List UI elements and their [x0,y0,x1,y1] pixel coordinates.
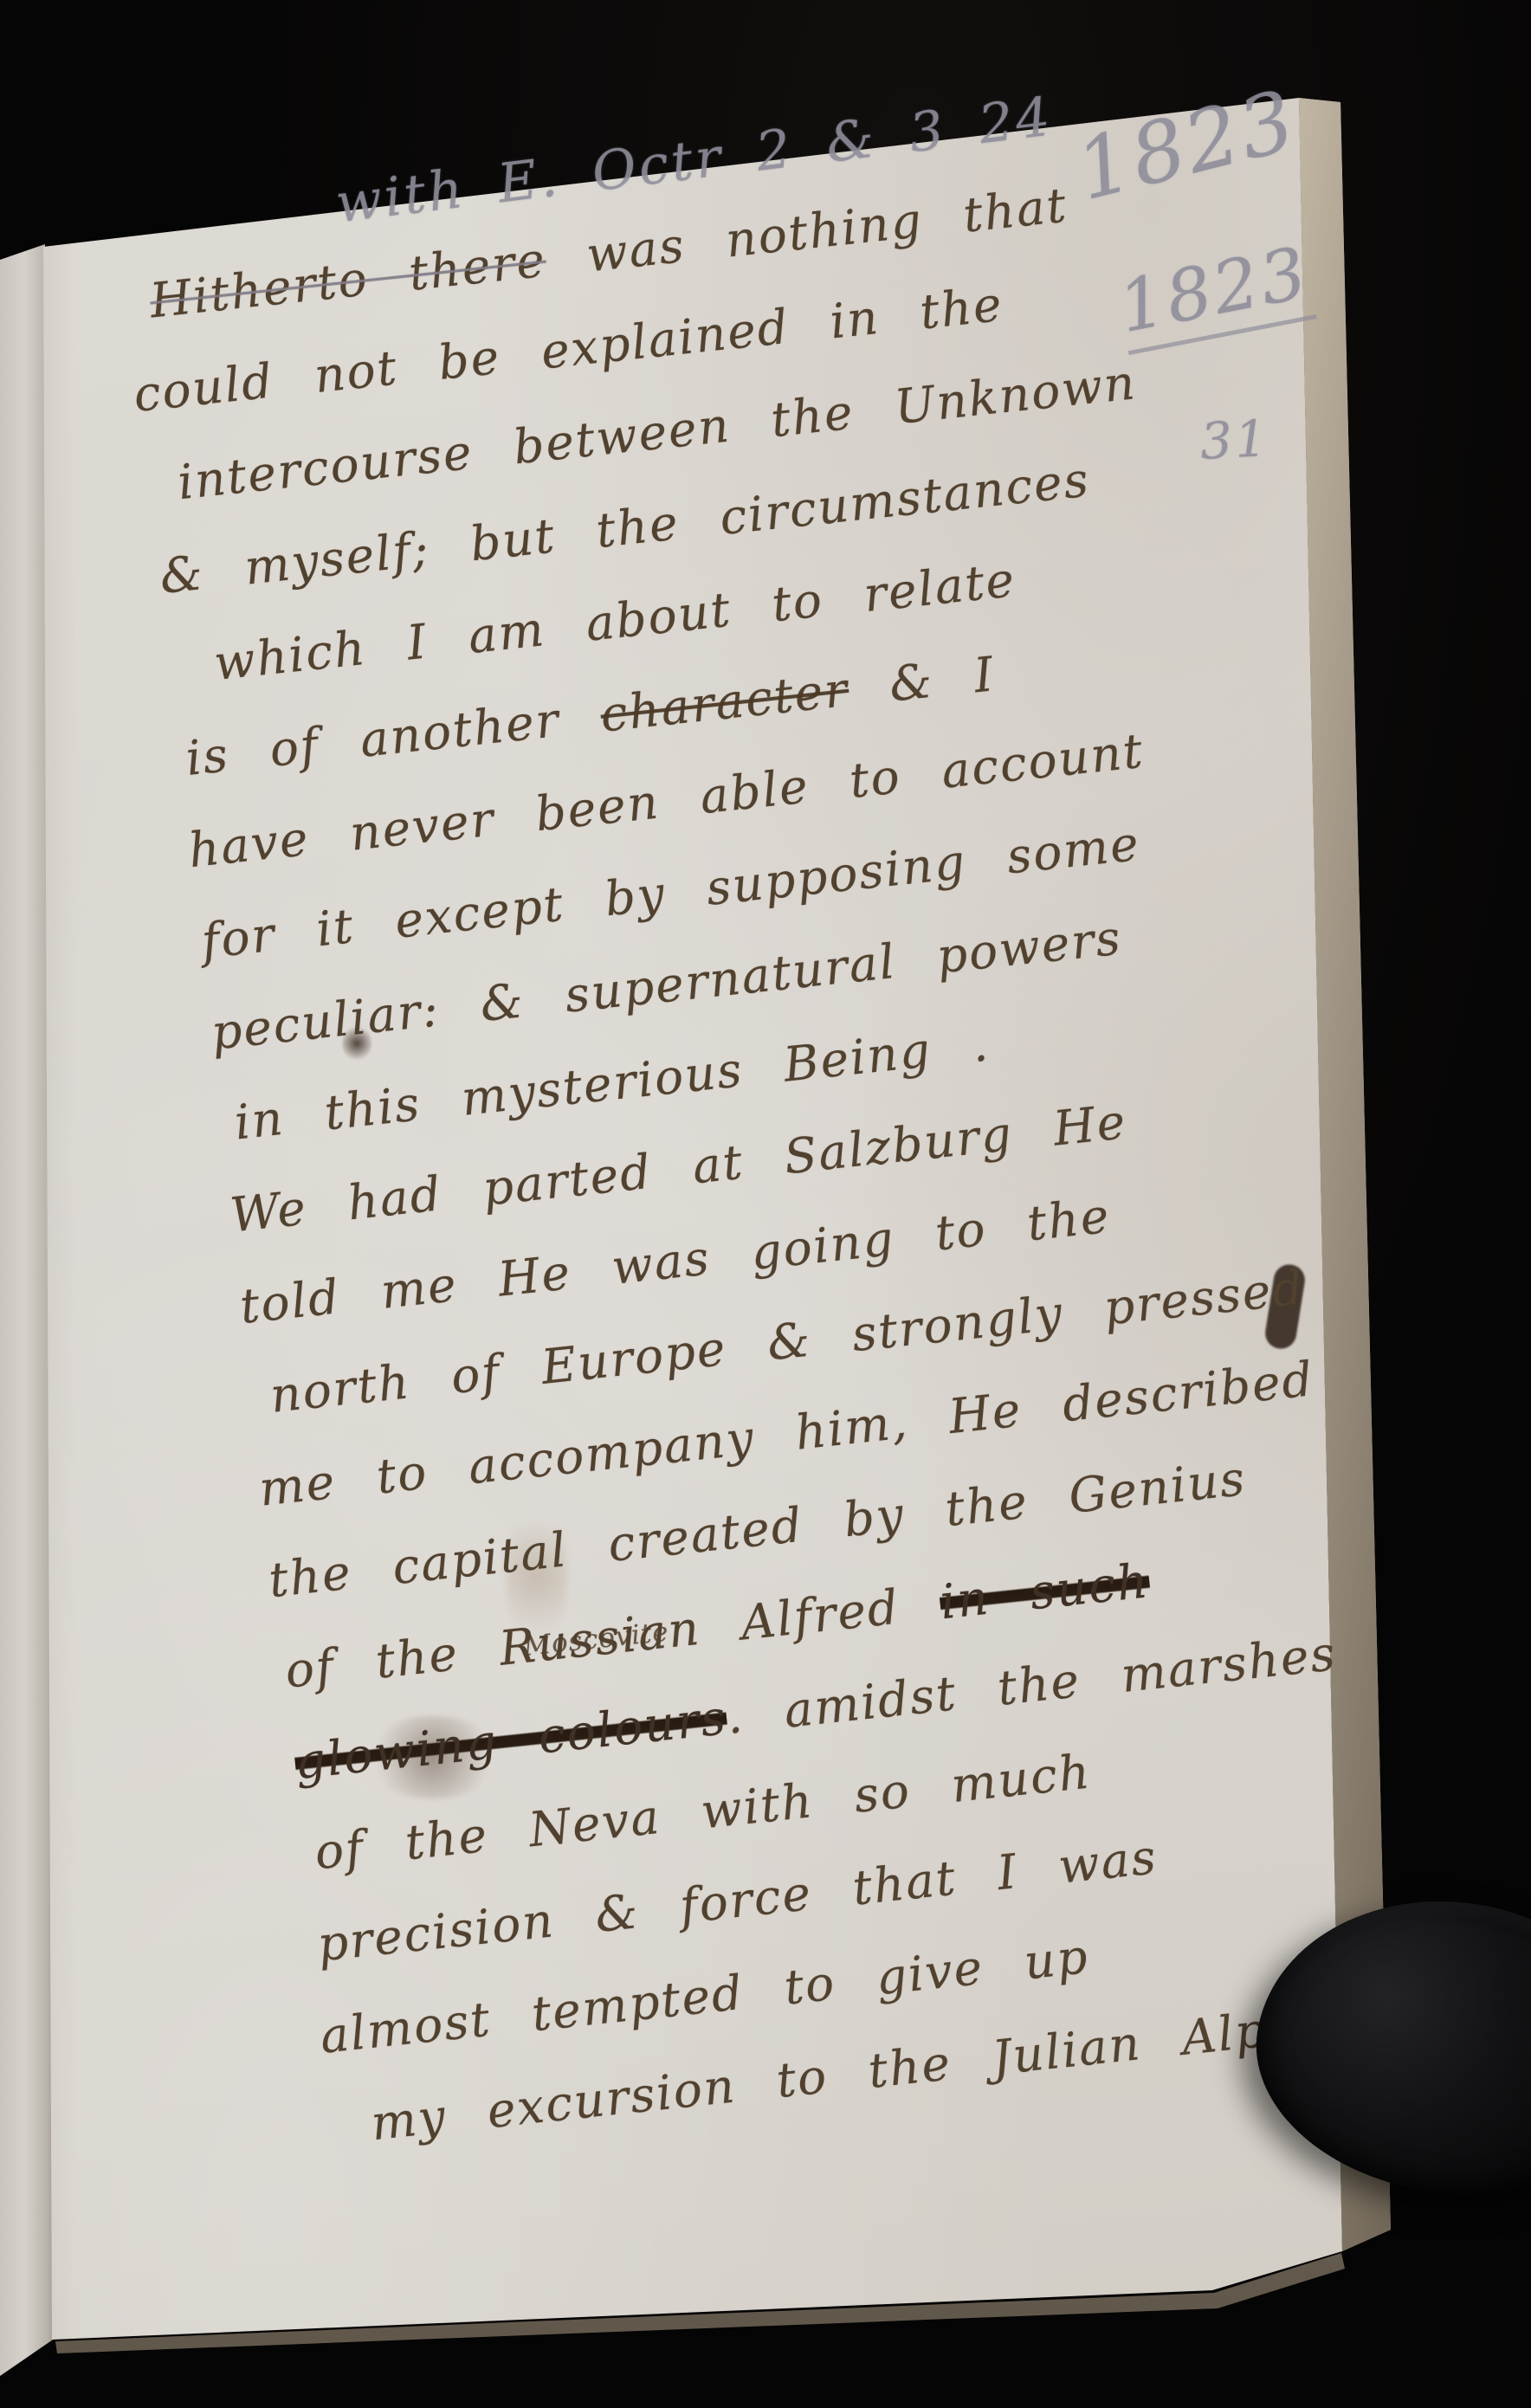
manuscript-photo: with E. Octr 2 & 3 24 1823 1823 31 Hithe… [0,0,1531,2408]
struck-text: character [598,662,851,743]
handwritten-text: RussianMoscovite [496,1600,703,1676]
handwritten-text: & I [846,646,998,716]
handwritten-text-block: Hitherto there was nothing thatcould not… [120,115,1531,2175]
handwritten-text: of the [282,1621,502,1699]
interlinear-insertion: Moscovite [519,1585,674,1692]
handwritten-text: Alfred [697,1575,943,1656]
struck-text: in such [937,1553,1152,1630]
